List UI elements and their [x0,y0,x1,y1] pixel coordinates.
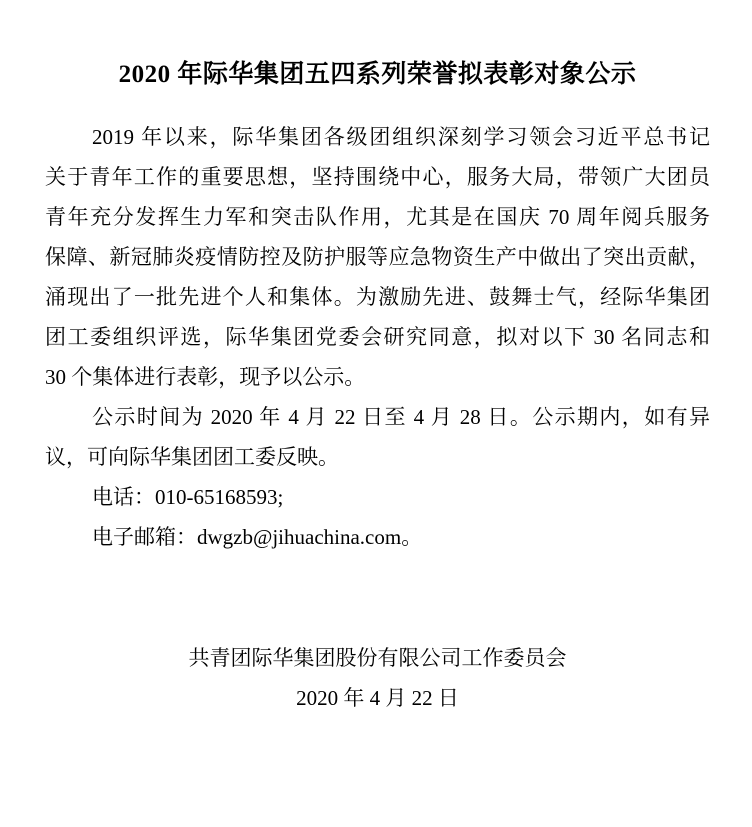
paragraph: 2019 年以来，际华集团各级团组织深刻学习领会习近平总书记关于青年工作的重要思… [45,117,710,397]
paragraph: 电子邮箱：dwgzb@jihuachina.com。 [45,517,710,557]
paragraph-line: 青年充分发挥生力军和突击队作用，尤其是在国庆 70 周年阅兵服务 [45,197,710,237]
document-page: 2020 年际华集团五四系列荣誉拟表彰对象公示 2019 年以来，际华集团各级团… [0,0,752,827]
signature-date: 2020 年 4 月 22 日 [45,678,710,718]
paragraph-line: 电子邮箱：dwgzb@jihuachina.com。 [45,517,710,557]
signature-block: 共青团际华集团股份有限公司工作委员会 2020 年 4 月 22 日 [45,638,710,718]
paragraph-line: 公示时间为 2020 年 4 月 22 日至 4 月 28 日。公示期内，如有异 [45,397,710,437]
paragraph-line: 议，可向际华集团团工委反映。 [45,437,710,477]
signature-organization: 共青团际华集团股份有限公司工作委员会 [45,638,710,678]
paragraph: 公示时间为 2020 年 4 月 22 日至 4 月 28 日。公示期内，如有异… [45,397,710,477]
body-paragraphs: 2019 年以来，际华集团各级团组织深刻学习领会习近平总书记关于青年工作的重要思… [45,117,710,557]
paragraph: 电话：010-65168593; [45,477,710,517]
paragraph-line: 团工委组织评选，际华集团党委会研究同意，拟对以下 30 名同志和 [45,317,710,357]
paragraph-line: 电话：010-65168593; [45,477,710,517]
paragraph-line: 保障、新冠肺炎疫情防控及防护服等应急物资生产中做出了突出贡献， [45,237,710,277]
paragraph-line: 关于青年工作的重要思想，坚持围绕中心，服务大局，带领广大团员 [45,157,710,197]
document-title: 2020 年际华集团五四系列荣誉拟表彰对象公示 [45,58,710,92]
paragraph-line: 30 个集体进行表彰，现予以公示。 [45,357,710,397]
paragraph-line: 涌现出了一批先进个人和集体。为激励先进、鼓舞士气，经际华集团 [45,277,710,317]
paragraph-line: 2019 年以来，际华集团各级团组织深刻学习领会习近平总书记 [45,117,710,157]
